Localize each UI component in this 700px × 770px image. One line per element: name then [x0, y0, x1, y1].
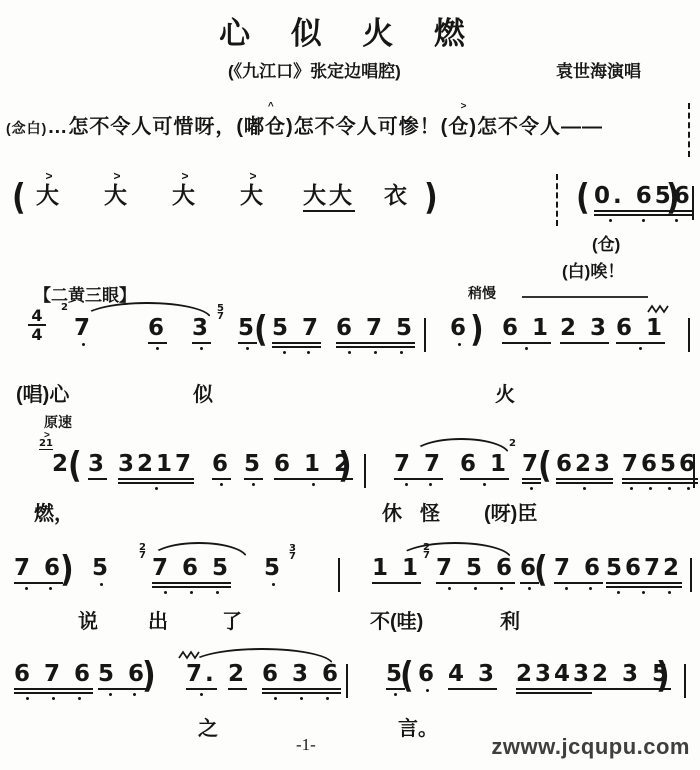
beam-lines [88, 476, 107, 480]
speech-segment: (嘟仓)^ [236, 110, 293, 139]
note: 2343 [516, 662, 592, 694]
note: 5 [92, 556, 111, 586]
note-digits: 6 1 [502, 316, 551, 340]
octave-dots [436, 587, 515, 590]
barline [690, 558, 692, 592]
speech-accent: ^ [268, 101, 275, 112]
grace-notes: 2 [509, 440, 516, 448]
octave-dots [244, 483, 263, 486]
lyric: 之 [198, 712, 218, 741]
beam-lines [14, 686, 93, 694]
note-digits: 7 6 [14, 556, 63, 580]
parenthesis: ) [656, 655, 670, 697]
octave-dots [450, 343, 469, 346]
music-line-3: 7 6)57 6 5275371 17 5 6276(7 65672 [0, 540, 700, 612]
beam-lines [394, 476, 443, 480]
note: 6 1 [502, 316, 551, 350]
note: 3217 [118, 452, 194, 490]
beam-lines [554, 580, 603, 584]
note: 5 7 [272, 316, 321, 354]
beam-lines [560, 340, 609, 344]
octave-dots [418, 689, 437, 692]
beam-lines [262, 686, 341, 694]
beam-lines [272, 340, 321, 348]
note: 7656 [622, 452, 698, 490]
note-digits: 大 [36, 184, 62, 208]
octave-dots [74, 343, 93, 346]
note: 6 [450, 316, 469, 346]
note: 大大 [303, 184, 355, 212]
parenthesis: ) [424, 177, 438, 219]
tempo-original-label: 原速 [44, 412, 72, 432]
subtitle: (《九江口》张定边唱腔) [228, 57, 401, 82]
octave-dots [148, 347, 167, 350]
octave-dots [394, 483, 443, 486]
octave-dots [14, 697, 93, 700]
speech-segment: (仓)> [441, 110, 477, 139]
parenthesis: ( [534, 549, 548, 591]
octave-dots [594, 219, 693, 222]
octave-dots [118, 487, 194, 490]
note: 6 [212, 452, 231, 486]
lyric: 火 [495, 378, 515, 407]
note: 7 6 527 [152, 556, 231, 594]
trill-squiggle-icon [647, 301, 671, 319]
note-digits: 5672 [606, 556, 682, 580]
note: 5 6 [98, 662, 147, 696]
speech-segment: …怎不令人可惜呀， [47, 110, 236, 139]
note-digits: 623 [556, 452, 613, 476]
accent-mark: > [181, 169, 188, 183]
beam-lines [372, 580, 421, 584]
note-digits: 7 6 5 [152, 556, 231, 580]
barline [693, 454, 695, 488]
note-digits: 7 5 6 [436, 556, 515, 580]
octave-dots [556, 487, 613, 490]
parenthesis: ( [400, 655, 414, 697]
note-digits: 2343 [516, 662, 592, 686]
octave-dots [502, 347, 551, 350]
octave-dots [606, 591, 682, 594]
note: 6 1 [616, 316, 665, 350]
grace-notes: 27 [423, 544, 430, 560]
note: 5 [244, 452, 263, 486]
grace-notes: 21 [39, 440, 53, 450]
subtitle-row: (《九江口》张定边唱腔) 袁世海演唱 [0, 57, 700, 83]
octave-dots [554, 587, 603, 590]
octave-dots [262, 697, 341, 700]
note: 1 1 [372, 556, 421, 584]
beam-lines [460, 476, 509, 480]
beam-lines [622, 476, 698, 484]
parenthesis: ( [576, 177, 590, 219]
note: 6 3 6 [262, 662, 341, 700]
parenthesis: ( [68, 445, 82, 487]
dashed-barline [556, 174, 558, 226]
note: 3 [88, 452, 107, 480]
octave-dots [192, 347, 211, 350]
note-digits: 3217 [118, 452, 194, 476]
parenthesis: ) [470, 309, 484, 351]
note: 6 [148, 316, 167, 350]
parenthesis: ( [12, 177, 26, 219]
watermark: zwww.jcqupu.com [491, 734, 690, 760]
note-digits: 6 7 5 [336, 316, 415, 340]
note: 6 1 [460, 452, 509, 486]
note: 7 6 [554, 556, 603, 590]
note-digits: 2 [228, 662, 247, 686]
beam-lines [186, 686, 217, 690]
note-digits: 大 [240, 184, 266, 208]
note: 4 3 [448, 662, 497, 690]
beam-lines [502, 340, 551, 344]
grace-accent: > [44, 430, 50, 441]
octave-dots [272, 351, 321, 354]
lyric: 怪 [420, 497, 440, 526]
lyric: (呀)臣 [484, 497, 537, 526]
note-digits: 衣 [384, 184, 410, 208]
beam-lines [556, 476, 613, 484]
note: 7 7 [394, 452, 443, 486]
beam-lines [98, 686, 147, 690]
parenthesis: ) [142, 655, 156, 697]
note-digits: 大 [172, 184, 198, 208]
page-number: -1- [296, 735, 316, 755]
lyric: 似 [193, 378, 213, 407]
octave-dots [212, 483, 231, 486]
note-digits: 4 3 [448, 662, 497, 686]
note: 大> [172, 184, 198, 208]
spoken-line: (念白)…怎不令人可惜呀，(嘟仓)^怎不令人可惨！(仓)>怎不令人—— [6, 110, 682, 139]
note-digits: 5 6 [98, 662, 147, 686]
beam-lines [152, 580, 231, 588]
octave-dots [98, 693, 147, 696]
barline [424, 318, 426, 352]
lyric: 说 [78, 605, 98, 634]
score-page: { "colors": { "ink": "#161616", "paper":… [0, 0, 700, 770]
lyrics-line-2: 燃，休怪(呀)臣 [0, 497, 700, 523]
lyric: (唱)心 [16, 378, 69, 407]
note: 7 5 627 [436, 556, 515, 590]
note: 2 [228, 662, 247, 690]
note-digits: 7. [186, 662, 217, 686]
note-digits: 5 [264, 556, 283, 580]
beam-lines [212, 476, 231, 480]
barline [684, 664, 686, 698]
lyric: 不(哇) [370, 605, 423, 634]
beam-lines [448, 686, 497, 690]
beam-lines [192, 340, 211, 344]
tempo-extension-line [522, 296, 648, 298]
note: 衣 [384, 184, 410, 208]
note-digits: 3 [88, 452, 107, 476]
lyric: 利 [500, 605, 520, 634]
speech-accent: > [461, 101, 468, 112]
lyric: 言。 [398, 712, 438, 741]
after-grace-notes: 57 [217, 305, 224, 321]
note-digits: 1 1 [372, 556, 421, 580]
accent-mark: > [249, 169, 256, 183]
beam-lines [616, 340, 665, 344]
parenthesis: ) [60, 549, 74, 591]
note-digits: 7 7 [394, 452, 443, 476]
note: 7. [186, 662, 217, 696]
percussion-syllable: (白)唉！ [562, 257, 624, 282]
note-digits: 7656 [622, 452, 698, 476]
parenthesis: ( [254, 309, 268, 351]
lyrics-line-1: (唱)心似火 [0, 378, 700, 404]
grace-notes: 2 [61, 304, 68, 312]
lyric: 了 [222, 605, 242, 634]
note-digits: 7 6 [554, 556, 603, 580]
beam-lines [244, 476, 263, 480]
octave-dots [460, 483, 509, 486]
octave-dots [616, 347, 665, 350]
note-digits: 6 [212, 452, 231, 476]
note: 6 [418, 662, 437, 692]
octave-dots [336, 351, 415, 354]
note: 大> [240, 184, 266, 208]
beam-lines [14, 580, 63, 584]
note-digits: 3 [192, 316, 211, 340]
octave-dots [622, 487, 698, 490]
note-digits: 6 [148, 316, 167, 340]
accent-mark: > [113, 169, 120, 183]
note-digits: 6 [418, 662, 437, 686]
music-line-4: 6 7 65 6)7.26 3 65(64 323432 3 5) [0, 646, 700, 718]
beam-lines [606, 580, 682, 588]
note: 623 [556, 452, 613, 490]
octave-dots [264, 583, 283, 586]
octave-dots [186, 693, 217, 696]
speech-segment: (念白) [6, 118, 47, 138]
octave-dots [522, 487, 541, 490]
trill-squiggle-icon [178, 647, 202, 665]
barline [346, 664, 348, 698]
octave-dots [92, 583, 111, 586]
beam-lines [303, 208, 355, 212]
parenthesis: ) [666, 177, 680, 219]
note: 7 6 [14, 556, 63, 590]
barline [692, 186, 694, 220]
beam-lines [148, 340, 167, 344]
note: 537 [264, 556, 283, 586]
dashed-barline [688, 103, 690, 157]
note-digits: 6 7 6 [14, 662, 93, 686]
note-digits: 大大 [303, 184, 355, 208]
page-title: 心 似 火 燃 [0, 8, 700, 53]
barline [364, 454, 366, 488]
beam-lines [228, 686, 247, 690]
note-digits: 5 7 [272, 316, 321, 340]
parenthesis: ) [338, 445, 352, 487]
beam-lines [118, 476, 194, 484]
grace-notes: 27 [139, 544, 146, 560]
note: 357 [192, 316, 211, 350]
percussion-syllable: (仓) [592, 230, 620, 255]
note-digits: 7 [74, 316, 93, 340]
time-signature: 44 [28, 308, 46, 342]
note-digits: 6 1 [460, 452, 509, 476]
accent-mark: > [45, 169, 52, 183]
barline [688, 318, 690, 352]
parenthesis: ( [538, 445, 552, 487]
lyric: 休 [382, 497, 402, 526]
note-digits: 6 1 [616, 316, 665, 340]
note-digits: 5 [244, 452, 263, 476]
note: 5672 [606, 556, 682, 594]
note-digits: 2 3 [560, 316, 609, 340]
note-digits: 5 [92, 556, 111, 580]
note: 72 [74, 316, 93, 346]
beam-lines [516, 686, 592, 694]
performer: 袁世海演唱 [556, 57, 641, 82]
speech-segment: 怎不令人—— [477, 110, 603, 139]
note: 6 7 6 [14, 662, 93, 700]
music-line-1: 447263575(5 76 7 56)6 12 36 1 [0, 300, 700, 372]
beam-lines [436, 580, 515, 584]
note: 大> [36, 184, 62, 208]
lyrics-line-3: 说出了不(哇)利 [0, 605, 700, 631]
after-grace-notes: 37 [289, 545, 296, 561]
octave-dots [14, 587, 63, 590]
lyric: 出 [148, 605, 168, 634]
note: 6 7 5 [336, 316, 415, 354]
lyric: 燃， [34, 497, 74, 526]
note: 大> [104, 184, 130, 208]
beam-lines [336, 340, 415, 348]
speech-segment: 怎不令人可惨！ [294, 110, 441, 139]
note-digits: 6 [450, 316, 469, 340]
note-digits: 大 [104, 184, 130, 208]
note-digits: 6 3 6 [262, 662, 341, 686]
barline [338, 558, 340, 592]
note: 2 3 [560, 316, 609, 344]
octave-dots [152, 591, 231, 594]
